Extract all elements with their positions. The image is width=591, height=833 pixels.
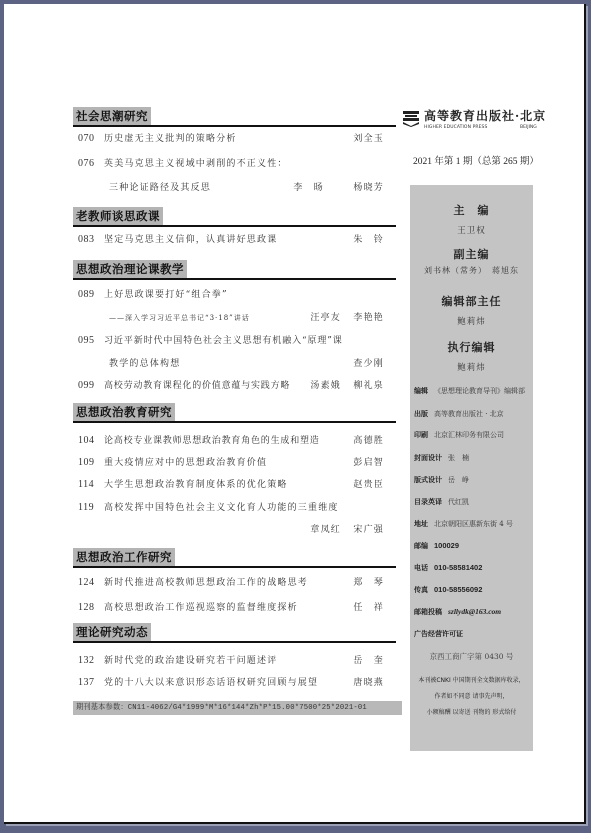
toc-entry[interactable]: 114大学生思想政治教育制度体系的优化策略赵贵臣 [73, 478, 396, 492]
info-row: 地址北京朝阳区惠新东街 4 号 [414, 519, 513, 529]
info-row: 编辑《思想理论教育导刊》编辑部 [414, 386, 525, 396]
info-key: 版式设计 [414, 476, 442, 484]
info-row: 传真010-58556092 [414, 585, 482, 595]
article-title: 坚定马克思主义信仰，认真讲好思政课 [104, 233, 277, 247]
journal-parameters-bar: 期刊基本参数：CN11-4062/G4*1999*M*16*144*Zh*P*1… [73, 701, 402, 715]
page-number: 095 [78, 334, 95, 348]
section-header: 理论研究动态 [73, 621, 396, 643]
role-title: 副主编 [410, 246, 533, 262]
author: 汪亭友 [310, 311, 341, 325]
publisher-city-en: BEIJING [520, 125, 537, 130]
issue-number: 2021 年第 1 期（总第 265 期） [413, 153, 539, 167]
page-number: 128 [78, 601, 95, 615]
author: 赵贵臣 [353, 478, 384, 492]
role-title: 编辑部主任 [410, 293, 533, 309]
toc-entry-continuation: 三种论证路径及其反思李 旸杨晓芳 [73, 181, 396, 195]
info-value: 《思想理论教育导刊》编辑部 [434, 387, 525, 395]
article-title: 重大疫情应对中的思想政治教育价值 [104, 456, 267, 470]
toc-entry[interactable]: 128高校思想政治工作巡视巡察的监督维度探析任 祥 [73, 601, 396, 615]
info-value: 北京朝阳区惠新东街 4 号 [434, 520, 513, 528]
info-key: 传真 [414, 586, 428, 594]
section-label: 理论研究动态 [73, 623, 151, 641]
page-number: 076 [78, 157, 95, 171]
section-header: 老教师谈思政课 [73, 205, 396, 227]
toc-entry[interactable]: 099高校劳动教育课程化的价值意蕴与实践方略汤素娥柳礼泉 [73, 379, 396, 393]
info-row: 邮箱投稿szllydk@163.com [414, 607, 501, 617]
page-number: 089 [78, 288, 95, 302]
info-row: 封面设计张 楠 [414, 453, 469, 463]
author: 李艳艳 [353, 311, 384, 325]
info-key: 目录英译 [414, 498, 442, 506]
role-deputy-editor: 副主编 刘书林（常务） 蒋旭东 [410, 246, 533, 276]
author: 岳 奎 [353, 654, 384, 668]
ad-license-number: 京西工商广字第 0430 号 [410, 651, 533, 662]
info-key: 印刷 [414, 431, 428, 439]
author: 宋广强 [353, 523, 384, 537]
author: 彭启智 [353, 456, 384, 470]
info-key: 编辑 [414, 387, 428, 395]
toc-entry[interactable]: 104论高校专业课教师思想政治教育角色的生成和塑造高德胜 [73, 434, 396, 448]
publisher-name-cn: 高等教育出版社·北京 [424, 107, 546, 124]
info-row: 电话010-58581402 [414, 563, 482, 573]
toc-entry-subtitle: ——深入学习习近平总书记“3·18”讲话汪亭友李艳艳 [73, 311, 396, 325]
toc-entry[interactable]: 119高校发挥中国特色社会主义文化育人功能的三重维度 [73, 501, 396, 515]
info-row: 版式设计岳 峥 [414, 475, 469, 485]
section-header: 社会思潮研究 [73, 105, 396, 127]
notice-line: 作者如不同意 请事先声明， [410, 689, 533, 705]
page-number: 119 [78, 501, 94, 515]
toc-entry[interactable]: 132新时代党的政治建设研究若干问题述评岳 奎 [73, 654, 396, 668]
role-title: 执行编辑 [410, 339, 533, 355]
author: 章凤红 [310, 523, 341, 537]
info-key: 广告经营许可证 [414, 630, 463, 638]
info-value: 高等教育出版社 · 北京 [434, 410, 504, 418]
notice-line: 小额稿酬 以寄送 刊物的 形式给付 [410, 705, 533, 721]
role-names: 刘书林（常务） 蒋旭东 [410, 265, 533, 276]
author: 柳礼泉 [353, 379, 384, 393]
article-title: 上好思政课要打好“组合拳” [104, 288, 228, 302]
author: 杨晓芳 [353, 181, 384, 195]
section-header: 思想政治理论课教学 [73, 258, 396, 280]
toc-entry[interactable]: 095习近平新时代中国特色社会主义思想有机融入“原理”课 [73, 334, 396, 348]
article-title: 高校发挥中国特色社会主义文化育人功能的三重维度 [104, 501, 339, 515]
books-logo-icon [402, 109, 420, 127]
author: 汤素娥 [310, 379, 341, 393]
author: 任 祥 [353, 601, 384, 615]
info-value: 010-58556092 [434, 585, 482, 594]
toc-entry[interactable]: 109重大疫情应对中的思想政治教育价值彭启智 [73, 456, 396, 470]
toc-entry[interactable]: 124新时代推进高校教师思想政治工作的战略思考郑 琴 [73, 576, 396, 590]
page-number: 070 [78, 132, 95, 146]
info-value: 岳 峥 [448, 476, 469, 484]
publisher-name-en: HIGHER EDUCATION PRESS [424, 125, 487, 130]
article-title: 新时代推进高校教师思想政治工作的战略思考 [104, 576, 308, 590]
info-key: 邮箱投稿 [414, 608, 442, 616]
info-key: 地址 [414, 520, 428, 528]
page-number: 099 [78, 379, 95, 393]
section-label: 思想政治教育研究 [73, 403, 175, 421]
article-title: 党的十八大以来意识形态话语权研究回顾与展望 [104, 676, 318, 690]
section-header: 思想政治工作研究 [73, 546, 396, 568]
article-title: 英美马克思主义视域中剥削的不正义性： [104, 157, 288, 171]
page-number: 124 [78, 576, 95, 590]
section-label: 老教师谈思政课 [73, 207, 163, 225]
section-label: 社会思潮研究 [73, 107, 151, 125]
role-names: 王卫权 [410, 224, 533, 236]
role-editor-in-chief: 主 编 王卫权 [410, 202, 533, 236]
toc-entry[interactable]: 083坚定马克思主义信仰，认真讲好思政课朱 铃 [73, 233, 396, 247]
author: 刘全玉 [353, 132, 384, 146]
publisher-logo: 高等教育出版社·北京 HIGHER EDUCATION PRESS BEIJIN… [402, 107, 537, 137]
author: 唐晓燕 [353, 676, 384, 690]
info-row: 广告经营许可证 [414, 629, 469, 639]
role-names: 鲍莉炜 [410, 315, 533, 327]
info-row: 出版高等教育出版社 · 北京 [414, 409, 504, 419]
article-title: 高校劳动教育课程化的价值意蕴与实践方略 [104, 379, 290, 393]
page-number: 109 [78, 456, 95, 470]
document-page: 社会思潮研究 老教师谈思政课 思想政治理论课教学 思想政治教育研究 思想政治工作… [4, 4, 586, 824]
info-value: 代红凯 [448, 498, 469, 506]
toc-entry[interactable]: 137党的十八大以来意识形态话语权研究回顾与展望唐晓燕 [73, 676, 396, 690]
toc-entry[interactable]: 076英美马克思主义视域中剥削的不正义性： [73, 157, 396, 171]
role-title: 主 编 [410, 202, 533, 218]
role-names: 鲍莉炜 [410, 361, 533, 373]
info-key: 封面设计 [414, 454, 442, 462]
toc-entry[interactable]: 089上好思政课要打好“组合拳” [73, 288, 396, 302]
section-label: 思想政治工作研究 [73, 548, 175, 566]
info-key: 出版 [414, 410, 428, 418]
article-subtitle: ——深入学习习近平总书记“3·18”讲话 [109, 311, 250, 325]
page-number: 104 [78, 434, 95, 448]
editorial-panel: 主 编 王卫权 副主编 刘书林（常务） 蒋旭东 编辑部主任 鲍莉炜 执行编辑 鲍… [410, 185, 533, 751]
info-key: 电话 [414, 564, 428, 572]
email-link[interactable]: szllydk@163.com [448, 607, 501, 616]
info-key: 邮编 [414, 542, 428, 550]
toc-entry[interactable]: 070历史虚无主义批判的策略分析刘全玉 [73, 132, 396, 146]
article-title: 三种论证路径及其反思 [109, 181, 211, 195]
article-title: 历史虚无主义批判的策略分析 [104, 132, 237, 146]
section-label: 思想政治理论课教学 [73, 260, 187, 278]
page-number: 137 [78, 676, 95, 690]
author: 朱 铃 [353, 233, 384, 247]
role-office-director: 编辑部主任 鲍莉炜 [410, 293, 533, 327]
info-row: 邮编100029 [414, 541, 459, 551]
article-title: 论高校专业课教师思想政治教育角色的生成和塑造 [104, 434, 320, 448]
role-executive-editor: 执行编辑 鲍莉炜 [410, 339, 533, 373]
copyright-notice: 本刊被CNKI 中国期刊全文数据库收录， 作者如不同意 请事先声明， 小额稿酬 … [410, 673, 533, 721]
article-title: 新时代党的政治建设研究若干问题述评 [104, 654, 277, 668]
author: 郑 琴 [353, 576, 384, 590]
page-number: 132 [78, 654, 95, 668]
info-value: 北京汇林印务有限公司 [434, 431, 504, 439]
notice-line: 本刊被CNKI 中国期刊全文数据库收录， [410, 673, 533, 689]
page-number: 083 [78, 233, 95, 247]
page-number: 114 [78, 478, 94, 492]
info-value: 张 楠 [448, 454, 469, 462]
article-title: 大学生思想政治教育制度体系的优化策略 [104, 478, 288, 492]
toc-entry-authors: 章凤红宋广强 [73, 523, 396, 537]
info-value: 100029 [434, 541, 459, 550]
author: 查少刚 [353, 357, 384, 371]
author: 李 旸 [293, 181, 324, 195]
article-title: 习近平新时代中国特色社会主义思想有机融入“原理”课 [104, 334, 343, 348]
article-title: 高校思想政治工作巡视巡察的监督维度探析 [104, 601, 298, 615]
section-header: 思想政治教育研究 [73, 401, 396, 423]
info-value: 010-58581402 [434, 563, 482, 572]
info-row: 印刷北京汇林印务有限公司 [414, 430, 504, 440]
author: 高德胜 [353, 434, 384, 448]
toc-entry-continuation: 教学的总体构想查少刚 [73, 357, 396, 371]
article-title: 教学的总体构想 [109, 357, 180, 371]
info-row: 目录英译代红凯 [414, 497, 469, 507]
